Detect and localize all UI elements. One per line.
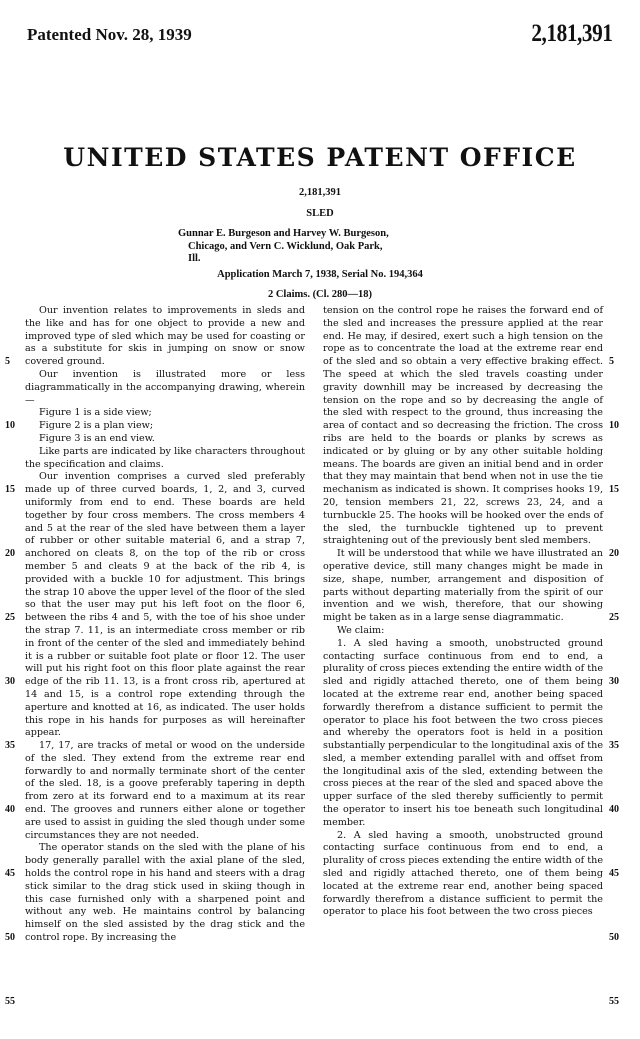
paragraph: Figure 1 is a side view; bbox=[25, 407, 305, 420]
paragraph: Our invention relates to improvements in… bbox=[25, 305, 305, 369]
claim: 2. A sled having a smooth, unobstructed … bbox=[323, 830, 603, 920]
claims-line: 2 Claims. (Cl. 280—18) bbox=[0, 289, 640, 300]
line-number: 25 bbox=[5, 612, 15, 623]
line-number: 35 bbox=[5, 740, 15, 751]
paragraph: Like parts are indicated by like charact… bbox=[25, 446, 305, 472]
line-number: 10 bbox=[5, 420, 15, 431]
patent-number: 2,181,391 bbox=[0, 187, 640, 198]
inventors-line: Ill. bbox=[178, 253, 468, 266]
invention-name: SLED bbox=[0, 208, 640, 219]
line-number: 35 bbox=[609, 740, 619, 751]
line-number: 40 bbox=[5, 804, 15, 815]
paragraph: It will be understood that while we have… bbox=[323, 548, 603, 625]
line-number: 55 bbox=[5, 996, 15, 1007]
patent-date: Patented Nov. 28, 1939 bbox=[27, 25, 192, 45]
line-number: 30 bbox=[609, 676, 619, 687]
line-number: 30 bbox=[5, 676, 15, 687]
patent-number-header: 2,181,391 bbox=[531, 20, 612, 48]
paragraph: 17, 17, are tracks of metal or wood on t… bbox=[25, 740, 305, 842]
paragraph: Our invention comprises a curved sled pr… bbox=[25, 471, 305, 740]
inventors-line: Chicago, and Vern C. Wicklund, Oak Park, bbox=[178, 241, 468, 254]
line-number: 40 bbox=[609, 804, 619, 815]
office-title: UNITED STATES PATENT OFFICE bbox=[0, 143, 640, 172]
line-number: 20 bbox=[5, 548, 15, 559]
paragraph: Figure 3 is an end view. bbox=[25, 433, 305, 446]
paragraph: tension on the control rope he raises th… bbox=[323, 305, 603, 548]
paragraph: Our invention is illustrated more or les… bbox=[25, 369, 305, 407]
line-number: 15 bbox=[5, 484, 15, 495]
inventors: Gunnar E. Burgeson and Harvey W. Burgeso… bbox=[178, 228, 468, 266]
line-number: 25 bbox=[609, 612, 619, 623]
right-column: tension on the control rope he raises th… bbox=[323, 305, 603, 919]
application-line: Application March 7, 1938, Serial No. 19… bbox=[0, 269, 640, 280]
line-number: 55 bbox=[609, 996, 619, 1007]
line-number: 10 bbox=[609, 420, 619, 431]
inventors-line: Gunnar E. Burgeson and Harvey W. Burgeso… bbox=[178, 228, 468, 241]
left-column: Our invention relates to improvements in… bbox=[25, 305, 305, 945]
line-number: 15 bbox=[609, 484, 619, 495]
paragraph: Figure 2 is a plan view; bbox=[25, 420, 305, 433]
line-number: 45 bbox=[5, 868, 15, 879]
line-number: 5 bbox=[5, 356, 10, 367]
line-number: 5 bbox=[609, 356, 614, 367]
line-number: 50 bbox=[5, 932, 15, 943]
paragraph: We claim: bbox=[323, 625, 603, 638]
paragraph: The operator stands on the sled with the… bbox=[25, 842, 305, 944]
claim: 1. A sled having a smooth, unobstructed … bbox=[323, 638, 603, 830]
line-number: 20 bbox=[609, 548, 619, 559]
line-number: 50 bbox=[609, 932, 619, 943]
line-number: 45 bbox=[609, 868, 619, 879]
